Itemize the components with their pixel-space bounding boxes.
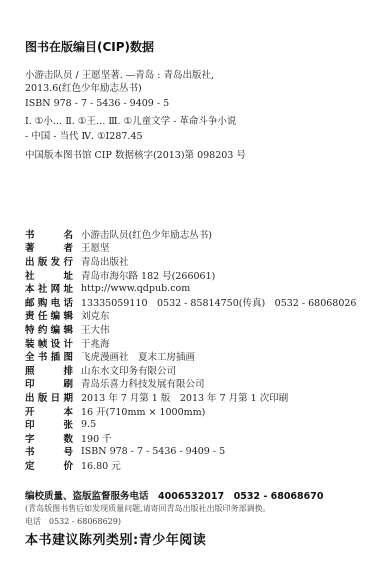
cip-line: 小游击队员 / 王愿坚著. —青岛 : 青岛出版社, — [25, 67, 214, 81]
detail-label: 开本 — [25, 404, 73, 418]
detail-value: 王愿坚 — [81, 240, 110, 254]
detail-label: 特约编辑 — [25, 322, 73, 336]
detail-label-char: 图 — [63, 349, 73, 363]
detail-label: 出版日期 — [25, 390, 73, 404]
detail-label-char: 排 — [63, 363, 73, 377]
detail-label-char: 号 — [63, 444, 73, 458]
detail-label-char: 字 — [25, 431, 35, 445]
detail-label-char: 计 — [63, 336, 73, 350]
detail-value: 飞虎漫画社 夏末工房插画 — [81, 349, 195, 363]
detail-row: 出版日期2013 年 7 月第 1 版 2013 年 7 月第 1 次印刷 — [25, 390, 356, 404]
detail-label: 定价 — [25, 458, 73, 472]
detail-value: 青岛市海尔路 182 号(266061) — [81, 268, 215, 282]
detail-label-char: 行 — [63, 254, 73, 268]
detail-label-char: 张 — [63, 417, 73, 431]
detail-row: 定价16.80 元 — [25, 458, 356, 472]
detail-label: 邮购电话 — [25, 295, 73, 309]
detail-label-char: 书 — [25, 227, 35, 241]
detail-label-char: 责 — [25, 308, 35, 322]
detail-label: 照排 — [25, 363, 73, 377]
service-phone-line: 编校质量、盗版监督服务电话 4006532017 0532 - 68068670 — [25, 488, 323, 502]
detail-label-char: 帧 — [38, 336, 48, 350]
cip-line: 2013.6(红色少年励志丛书) — [25, 80, 142, 94]
detail-row: 印张9.5 — [25, 417, 356, 431]
detail-label-char: 购 — [38, 295, 48, 309]
detail-label-char: 插 — [51, 349, 61, 363]
detail-value: 190 千 — [81, 431, 112, 445]
detail-row: 本社网址http://www.qdpub.com — [25, 281, 356, 295]
detail-label-char: 印 — [25, 376, 35, 390]
detail-label-char: 名 — [63, 227, 73, 241]
detail-label-char: 版 — [38, 390, 48, 404]
detail-value: 小游击队员(红色少年励志丛书) — [81, 227, 212, 241]
publication-details: 书名小游击队员(红色少年励志丛书)著者王愿坚出版发行青岛出版社社址青岛市海尔路 … — [25, 227, 356, 472]
detail-label: 责任编辑 — [25, 308, 73, 322]
detail-label: 著者 — [25, 240, 73, 254]
detail-label-char: 全 — [25, 349, 35, 363]
detail-label-char: 照 — [25, 363, 35, 377]
detail-label-char: 刷 — [63, 376, 73, 390]
detail-row: 开本16 开(710mm × 1000mm) — [25, 404, 356, 418]
detail-value: http://www.qdpub.com — [81, 283, 190, 294]
detail-label-char: 任 — [38, 308, 48, 322]
detail-row: 全书插图飞虎漫画社 夏末工房插画 — [25, 349, 356, 363]
detail-label-char: 约 — [38, 322, 48, 336]
detail-row: 照排山东水文印务有限公司 — [25, 363, 356, 377]
detail-label-char: 社 — [38, 281, 48, 295]
detail-row: 社址青岛市海尔路 182 号(266061) — [25, 268, 356, 282]
cip-isbn: ISBN 978 - 7 - 5436 - 9409 - 5 — [25, 98, 169, 109]
detail-label-char: 出 — [25, 390, 35, 404]
detail-label: 出版发行 — [25, 254, 73, 268]
detail-value: 于兆海 — [81, 336, 110, 350]
detail-label-char: 设 — [51, 336, 61, 350]
detail-row: 特约编辑王大伟 — [25, 322, 356, 336]
detail-value: ISBN 978 - 7 - 5436 - 9409 - 5 — [81, 446, 225, 457]
detail-label-char: 本 — [25, 281, 35, 295]
detail-label-char: 版 — [38, 254, 48, 268]
detail-value: 青岛出版社 — [81, 254, 129, 268]
detail-label: 印张 — [25, 417, 73, 431]
detail-label-char: 期 — [63, 390, 73, 404]
detail-label-char: 定 — [25, 458, 35, 472]
detail-label-char: 著 — [25, 240, 35, 254]
cip-record-number: 中国版本图书馆 CIP 数据核字(2013)第 098203 号 — [25, 147, 246, 161]
detail-row: 印刷青岛乐喜力科技发展有限公司 — [25, 377, 356, 391]
detail-row: 出版发行青岛出版社 — [25, 254, 356, 268]
detail-label-char: 者 — [63, 240, 73, 254]
detail-value: 2013 年 7 月第 1 版 2013 年 7 月第 1 次印刷 — [81, 390, 288, 404]
detail-label-char: 址 — [63, 281, 73, 295]
detail-value: 青岛乐喜力科技发展有限公司 — [81, 376, 205, 390]
cip-classification-cont: - 中国 - 当代 Ⅳ. ①I287.45 — [25, 128, 143, 142]
detail-row: 装帧设计于兆海 — [25, 336, 356, 350]
detail-label: 书号 — [25, 444, 73, 458]
detail-label-char: 电 — [51, 295, 61, 309]
copyright-page: 图书在版编目(CIP)数据 小游击队员 / 王愿坚著. —青岛 : 青岛出版社,… — [0, 0, 375, 575]
detail-label: 书名 — [25, 227, 73, 241]
detail-label-char: 辑 — [63, 308, 73, 322]
detail-value: 9.5 — [81, 419, 96, 430]
detail-row: 责任编辑刘克东 — [25, 309, 356, 323]
detail-label-char: 开 — [25, 404, 35, 418]
cip-title: 图书在版编目(CIP)数据 — [25, 38, 154, 55]
detail-label-char: 出 — [25, 254, 35, 268]
detail-row: 书号ISBN 978 - 7 - 5436 - 9409 - 5 — [25, 445, 356, 459]
detail-label-char: 辑 — [63, 322, 73, 336]
detail-row: 著者王愿坚 — [25, 241, 356, 255]
detail-label-char: 数 — [63, 431, 73, 445]
detail-label-char: 编 — [51, 308, 61, 322]
detail-value: 13335059110 0532 - 85814750(传真) 0532 - 6… — [81, 295, 356, 309]
return-notice: (青岛版图书售后如发现质量问题,请寄回青岛出版社出版印务部调换。 — [25, 503, 271, 514]
detail-label: 印刷 — [25, 376, 73, 390]
detail-label-char: 书 — [38, 349, 48, 363]
detail-label: 装帧设计 — [25, 336, 73, 350]
detail-label: 本社网址 — [25, 281, 73, 295]
detail-label-char: 发 — [51, 254, 61, 268]
detail-label-char: 价 — [63, 458, 73, 472]
detail-row: 邮购电话13335059110 0532 - 85814750(传真) 0532… — [25, 295, 356, 309]
detail-label-char: 话 — [63, 295, 73, 309]
detail-label-char: 特 — [25, 322, 35, 336]
detail-label-char: 址 — [63, 268, 73, 282]
return-notice-phone: 电话 0532 - 68068629) — [25, 516, 121, 527]
detail-label-char: 本 — [63, 404, 73, 418]
detail-label-char: 社 — [25, 268, 35, 282]
detail-label: 社址 — [25, 268, 73, 282]
detail-value: 16.80 元 — [81, 458, 121, 472]
detail-label-char: 装 — [25, 336, 35, 350]
detail-label-char: 编 — [51, 322, 61, 336]
detail-label-char: 日 — [51, 390, 61, 404]
detail-label: 字数 — [25, 431, 73, 445]
detail-label-char: 印 — [25, 417, 35, 431]
shelving-recommendation: 本书建议陈列类别:青少年阅读 — [25, 529, 206, 548]
detail-value: 刘克东 — [81, 308, 110, 322]
detail-value: 16 开(710mm × 1000mm) — [81, 404, 205, 418]
detail-value: 王大伟 — [81, 322, 110, 336]
detail-row: 书名小游击队员(红色少年励志丛书) — [25, 227, 356, 241]
detail-label: 全书插图 — [25, 349, 73, 363]
cip-classification: Ⅰ. ①小… Ⅱ. ①王… Ⅲ. ①儿童文学 - 革命斗争小说 — [25, 113, 236, 127]
detail-label-char: 网 — [51, 281, 61, 295]
detail-label-char: 邮 — [25, 295, 35, 309]
detail-value: 山东水文印务有限公司 — [81, 363, 176, 377]
detail-label-char: 书 — [25, 444, 35, 458]
detail-row: 字数190 千 — [25, 431, 356, 445]
